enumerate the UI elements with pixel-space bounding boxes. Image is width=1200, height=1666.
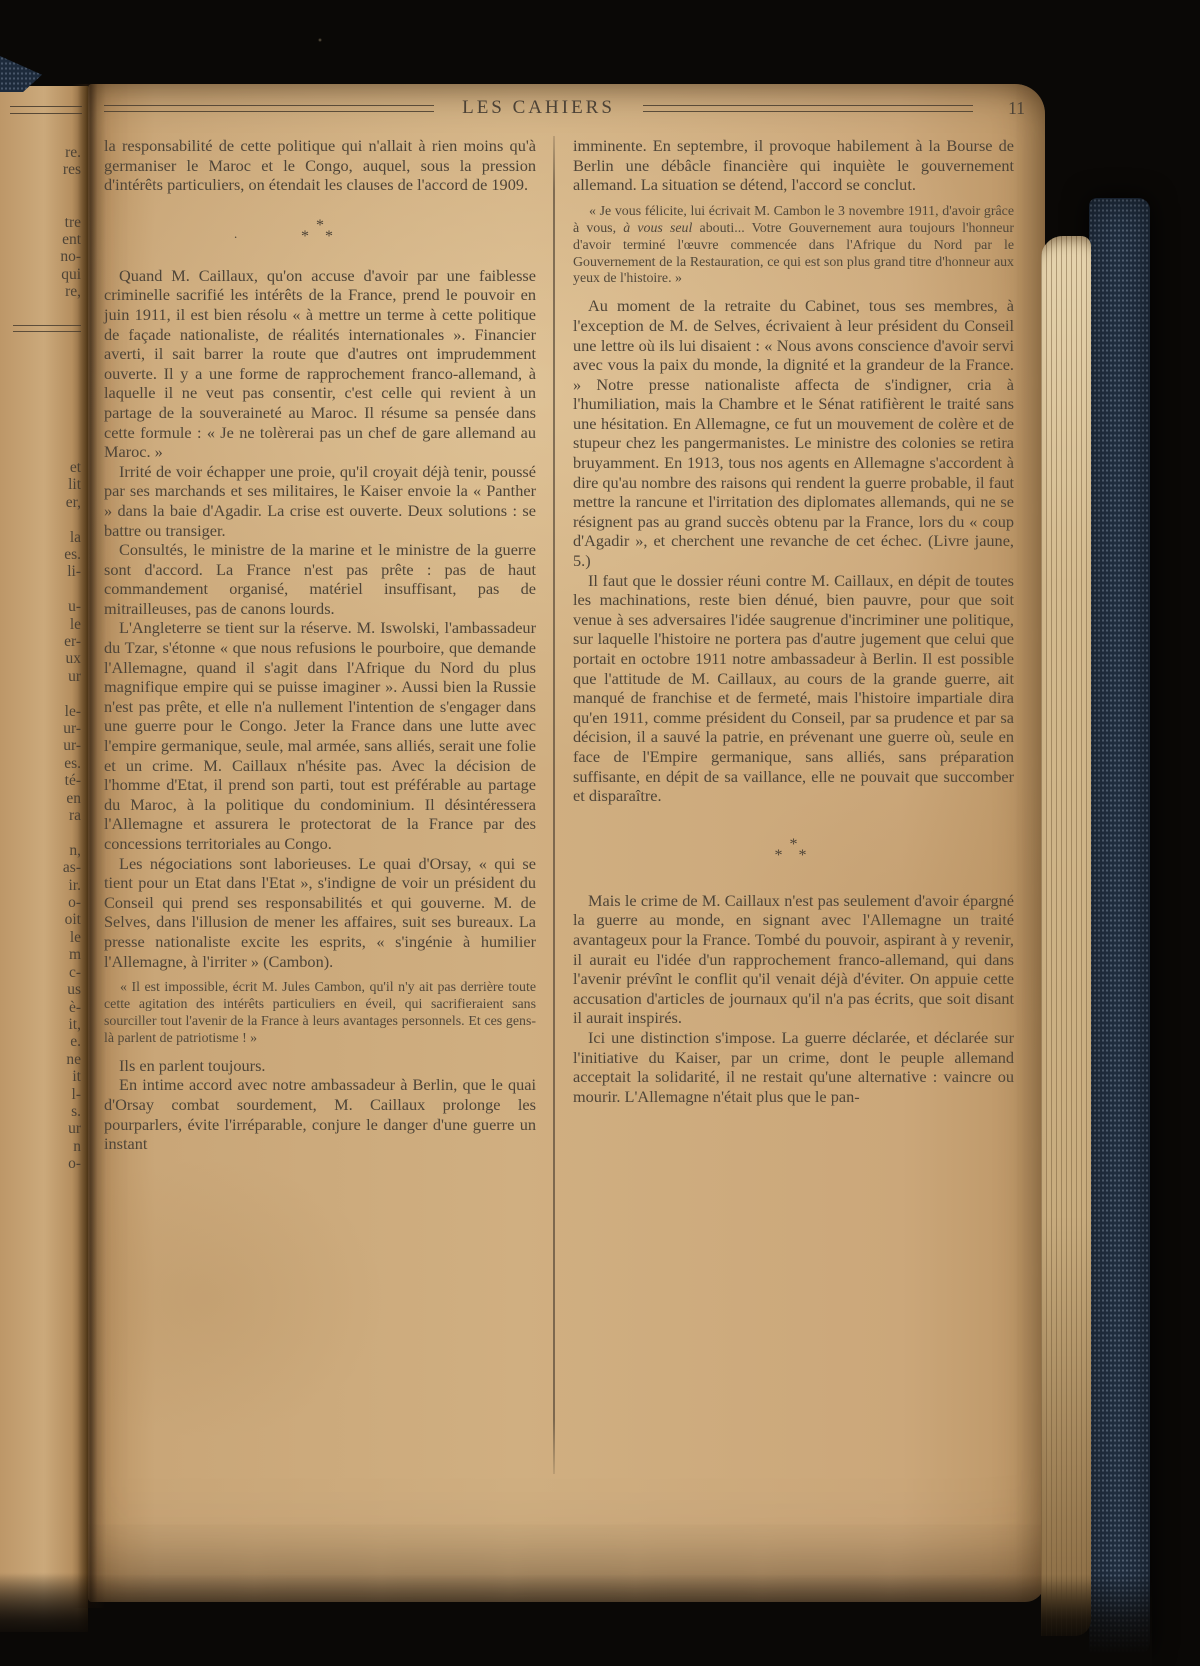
previous-page-fragments: re.res treentno-quire, etliter, laes.li-…: [13, 144, 81, 1173]
edge-text-fragment: qui: [13, 266, 81, 283]
previous-page-bottom-shadow: [0, 1572, 88, 1632]
body-paragraph: L'Angleterre se tient sur la réserve. M.…: [104, 618, 536, 853]
page-number: 11: [999, 98, 1025, 119]
body-paragraph: Ils en parlent toujours.: [104, 1056, 536, 1076]
column-divider: [536, 136, 573, 1154]
quote-paragraph: « Il est impossible, écrit M. Jules Camb…: [104, 980, 536, 1048]
edge-text-fragment: [13, 581, 81, 598]
body-paragraph: Irrité de voir échapper une proie, qu'il…: [104, 462, 536, 540]
edge-text-fragment: no-: [13, 248, 81, 265]
body-paragraph: Les négociations sont laborieuses. Le qu…: [104, 854, 536, 972]
edge-text-fragment: [13, 354, 81, 371]
edge-text-fragment: li-: [13, 563, 81, 580]
edge-text-fragment: ir.: [13, 877, 81, 894]
edge-text-fragment: ur: [13, 668, 81, 685]
body-paragraph: Il faut que le dossier réuni contre M. C…: [573, 571, 1014, 806]
edge-text-fragment: ne: [13, 1051, 81, 1068]
previous-page-edge: re.res treentno-quire, etliter, laes.li-…: [0, 86, 88, 1632]
asterism-separator: .** *: [104, 221, 536, 242]
asterism-separator: ** *: [573, 840, 1014, 861]
edge-text-fragment: ur: [13, 1120, 81, 1137]
body-paragraph: imminente. En septembre, il provoque hab…: [573, 136, 1014, 195]
edge-text-fragment: [13, 301, 81, 318]
edge-text-fragment: [13, 442, 81, 459]
edge-text-fragment: [13, 337, 81, 354]
edge-text-fragment: [13, 389, 81, 406]
edge-text-fragment: it: [13, 1068, 81, 1085]
edge-text-fragment: [13, 196, 81, 213]
body-paragraph: Ici une distinction s'impose. La guerre …: [573, 1028, 1014, 1106]
edge-text-fragment: [13, 407, 81, 424]
body-paragraph: En intime accord avec notre ambassadeur …: [104, 1075, 536, 1153]
edge-text-fragment: en: [13, 790, 81, 807]
edge-text-fragment: ux: [13, 650, 81, 667]
body-paragraph: Consultés, le ministre de la marine et l…: [104, 540, 536, 618]
edge-text-fragment: ur-: [13, 737, 81, 754]
edge-text-fragment: le-: [13, 703, 81, 720]
edge-text-fragment: [13, 511, 81, 528]
page-header: LES CAHIERS 11: [104, 96, 1029, 120]
text-column-right: imminente. En septembre, il provoque hab…: [573, 136, 1014, 1154]
edge-text-fragment: [13, 685, 81, 702]
body-paragraph: la responsabilité de cette politique qui…: [104, 136, 536, 195]
header-rule-right: [643, 105, 973, 112]
previous-page-header-rule: [10, 106, 82, 114]
edge-text-fragment: re,: [13, 283, 81, 300]
edge-text-fragment: l-: [13, 1086, 81, 1103]
edge-text-fragment: té-: [13, 772, 81, 789]
edge-text-fragment: n,: [13, 842, 81, 859]
edge-text-fragment: es.: [13, 546, 81, 563]
edge-text-fragment: n: [13, 1138, 81, 1155]
body-paragraph: Au moment de la retraite du Cabinet, tou…: [573, 296, 1014, 570]
edge-text-fragment: tre: [13, 214, 81, 231]
edge-text-fragment: m: [13, 946, 81, 963]
photo-background: re.res treentno-quire, etliter, laes.li-…: [0, 0, 1200, 1666]
edge-text-fragment: er,: [13, 494, 81, 511]
asterism-bottom: * *: [573, 851, 1014, 861]
edge-text-fragment: [13, 424, 81, 441]
book-cover-cloth: [1089, 198, 1150, 1656]
stacked-page-edges: [1041, 236, 1091, 1636]
header-rule-left: [104, 105, 434, 112]
edge-text-fragment: as-: [13, 859, 81, 876]
edge-text-fragment: è-: [13, 999, 81, 1016]
asterism-bottom: * *: [104, 232, 536, 242]
edge-text-fragment: oit: [13, 911, 81, 928]
text-columns: la responsabilité de cette politique qui…: [104, 136, 1014, 1154]
edge-text-fragment: res: [13, 161, 81, 178]
book-page: LES CAHIERS 11 la responsabilité de cett…: [88, 84, 1045, 1602]
edge-text-fragment: ra: [13, 807, 81, 824]
body-paragraph: Mais le crime de M. Caillaux n'est pas s…: [573, 891, 1014, 1028]
print-dot: .: [234, 229, 237, 239]
journal-title: LES CAHIERS: [462, 97, 615, 119]
edge-text-fragment: [13, 824, 81, 841]
edge-text-fragment: s.: [13, 1103, 81, 1120]
edge-text-fragment: er-: [13, 633, 81, 650]
edge-text-fragment: la: [13, 529, 81, 546]
edge-text-fragment: et: [13, 459, 81, 476]
edge-text-fragment: es.: [13, 755, 81, 772]
edge-text-fragment: [13, 179, 81, 196]
edge-text-fragment: lit: [13, 476, 81, 493]
edge-text-fragment: it,: [13, 1016, 81, 1033]
edge-text-fragment: ur-: [13, 720, 81, 737]
edge-text-fragment: le: [13, 929, 81, 946]
edge-text-fragment: le: [13, 616, 81, 633]
quote-paragraph: « Je vous félicite, lui écrivait M. Camb…: [573, 204, 1014, 289]
body-paragraph: Quand M. Caillaux, qu'on accuse d'avoir …: [104, 266, 536, 462]
text-column-left: la responsabilité de cette politique qui…: [104, 136, 536, 1154]
edge-text-fragment: u-: [13, 598, 81, 615]
edge-text-fragment: o-: [13, 894, 81, 911]
edge-text-fragment: re.: [13, 144, 81, 161]
italic-run: à vous seul: [623, 221, 692, 236]
edge-text-fragment: ent: [13, 231, 81, 248]
edge-text-fragment: us: [13, 981, 81, 998]
edge-text-fragment: [13, 372, 81, 389]
edge-rule-fragment: [13, 325, 81, 332]
edge-text-fragment: o-: [13, 1155, 81, 1172]
edge-text-fragment: e.: [13, 1033, 81, 1050]
edge-text-fragment: c-: [13, 964, 81, 981]
